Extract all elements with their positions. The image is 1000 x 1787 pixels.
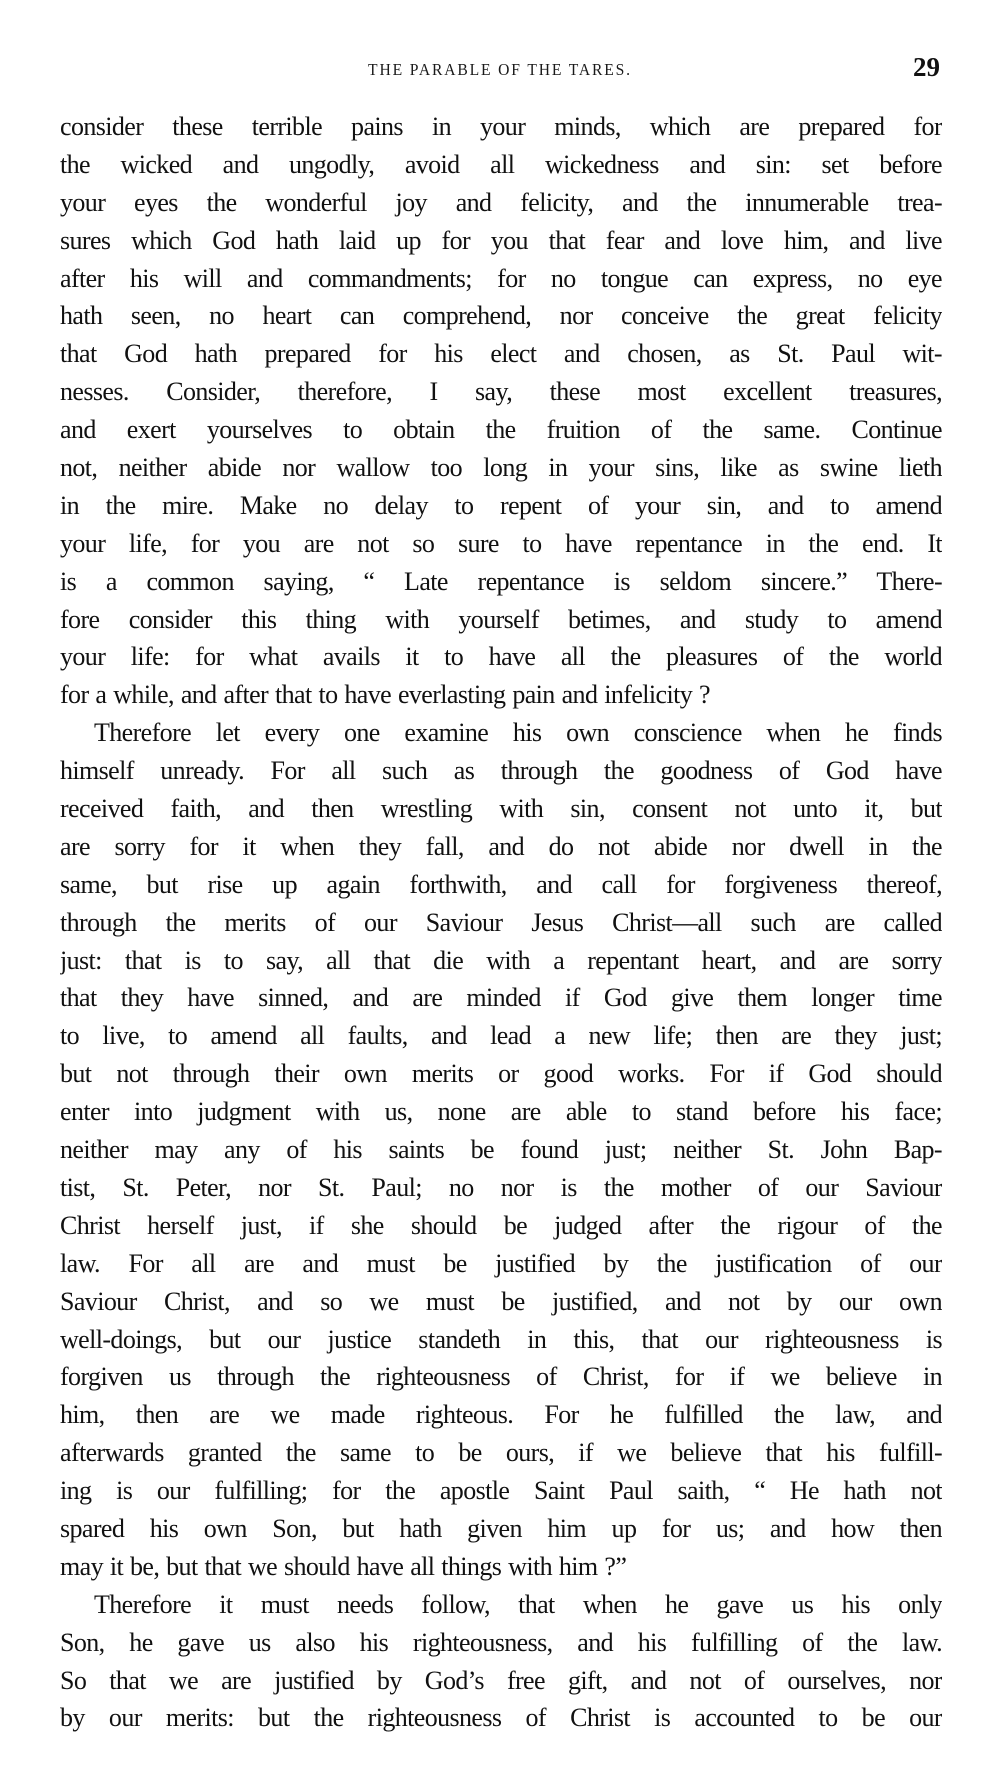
text-line: Christ herself just, if she should be ju… <box>60 1207 942 1245</box>
running-title: THE PARABLE OF THE TARES. <box>95 60 905 80</box>
text-line: fore consider this thing with yourself b… <box>60 601 942 639</box>
text-line: after his will and commandments; for no … <box>60 260 942 298</box>
paragraph-2: Therefore let every one examine his own … <box>60 714 942 1585</box>
text-line: to live, to amend all faults, and lead a… <box>60 1017 942 1055</box>
text-line: that they have sinned, and are minded if… <box>60 979 942 1017</box>
text-line: your eyes the wonderful joy and felicity… <box>60 184 942 222</box>
book-page: THE PARABLE OF THE TARES. 29 consider th… <box>0 0 1000 1787</box>
text-line: tist, St. Peter, nor St. Paul; no nor is… <box>60 1169 942 1207</box>
text-line: is a common saying, “ Late repentance is… <box>60 563 942 601</box>
text-line: same, but rise up again forthwith, and c… <box>60 866 942 904</box>
text-line: may it be, but that we should have all t… <box>60 1548 942 1586</box>
text-line: neither may any of his saints be found j… <box>60 1131 942 1169</box>
text-line: hath seen, no heart can comprehend, nor … <box>60 297 942 335</box>
text-line: Saviour Christ, and so we must be justif… <box>60 1283 942 1321</box>
text-line: for a while, and after that to have ever… <box>60 676 942 714</box>
text-line: Therefore let every one examine his own … <box>60 714 942 752</box>
text-line: him, then are we made righteous. For he … <box>60 1396 942 1434</box>
text-line: law. For all are and must be justified b… <box>60 1245 942 1283</box>
body-text: consider these terrible pains in your mi… <box>60 108 942 1737</box>
text-line: Son, he gave us also his righteousness, … <box>60 1624 942 1662</box>
text-line: consider these terrible pains in your mi… <box>60 108 942 146</box>
text-line: the wicked and ungodly, avoid all wicked… <box>60 146 942 184</box>
text-line: by our merits: but the righteousness of … <box>60 1699 942 1737</box>
paragraph-1: consider these terrible pains in your mi… <box>60 108 942 714</box>
text-line: Therefore it must needs follow, that whe… <box>60 1586 942 1624</box>
text-line: your life: for what avails it to have al… <box>60 638 942 676</box>
text-line: ing is our fulfilling; for the apostle S… <box>60 1472 942 1510</box>
text-line: through the merits of our Saviour Jesus … <box>60 904 942 942</box>
text-line: not, neither abide nor wallow too long i… <box>60 449 942 487</box>
text-line: spared his own Son, but hath given him u… <box>60 1510 942 1548</box>
text-line: are sorry for it when they fall, and do … <box>60 828 942 866</box>
running-header: THE PARABLE OF THE TARES. 29 <box>60 52 940 92</box>
text-line: well-doings, but our justice standeth in… <box>60 1321 942 1359</box>
text-line: nesses. Consider, therefore, I say, thes… <box>60 373 942 411</box>
text-line: afterwards granted the same to be ours, … <box>60 1434 942 1472</box>
text-line: and exert yourselves to obtain the fruit… <box>60 411 942 449</box>
text-line: sures which God hath laid up for you tha… <box>60 222 942 260</box>
text-line: that God hath prepared for his elect and… <box>60 335 942 373</box>
text-line: in the mire. Make no delay to repent of … <box>60 487 942 525</box>
text-line: just: that is to say, all that die with … <box>60 942 942 980</box>
paragraph-3: Therefore it must needs follow, that whe… <box>60 1586 942 1738</box>
text-line: himself unready. For all such as through… <box>60 752 942 790</box>
text-line: So that we are justified by God’s free g… <box>60 1662 942 1700</box>
text-line: forgiven us through the righteousness of… <box>60 1358 942 1396</box>
page-number: 29 <box>913 52 940 83</box>
text-line: enter into judgment with us, none are ab… <box>60 1093 942 1131</box>
text-line: your life, for you are not so sure to ha… <box>60 525 942 563</box>
text-line: but not through their own merits or good… <box>60 1055 942 1093</box>
text-line: received faith, and then wrestling with … <box>60 790 942 828</box>
